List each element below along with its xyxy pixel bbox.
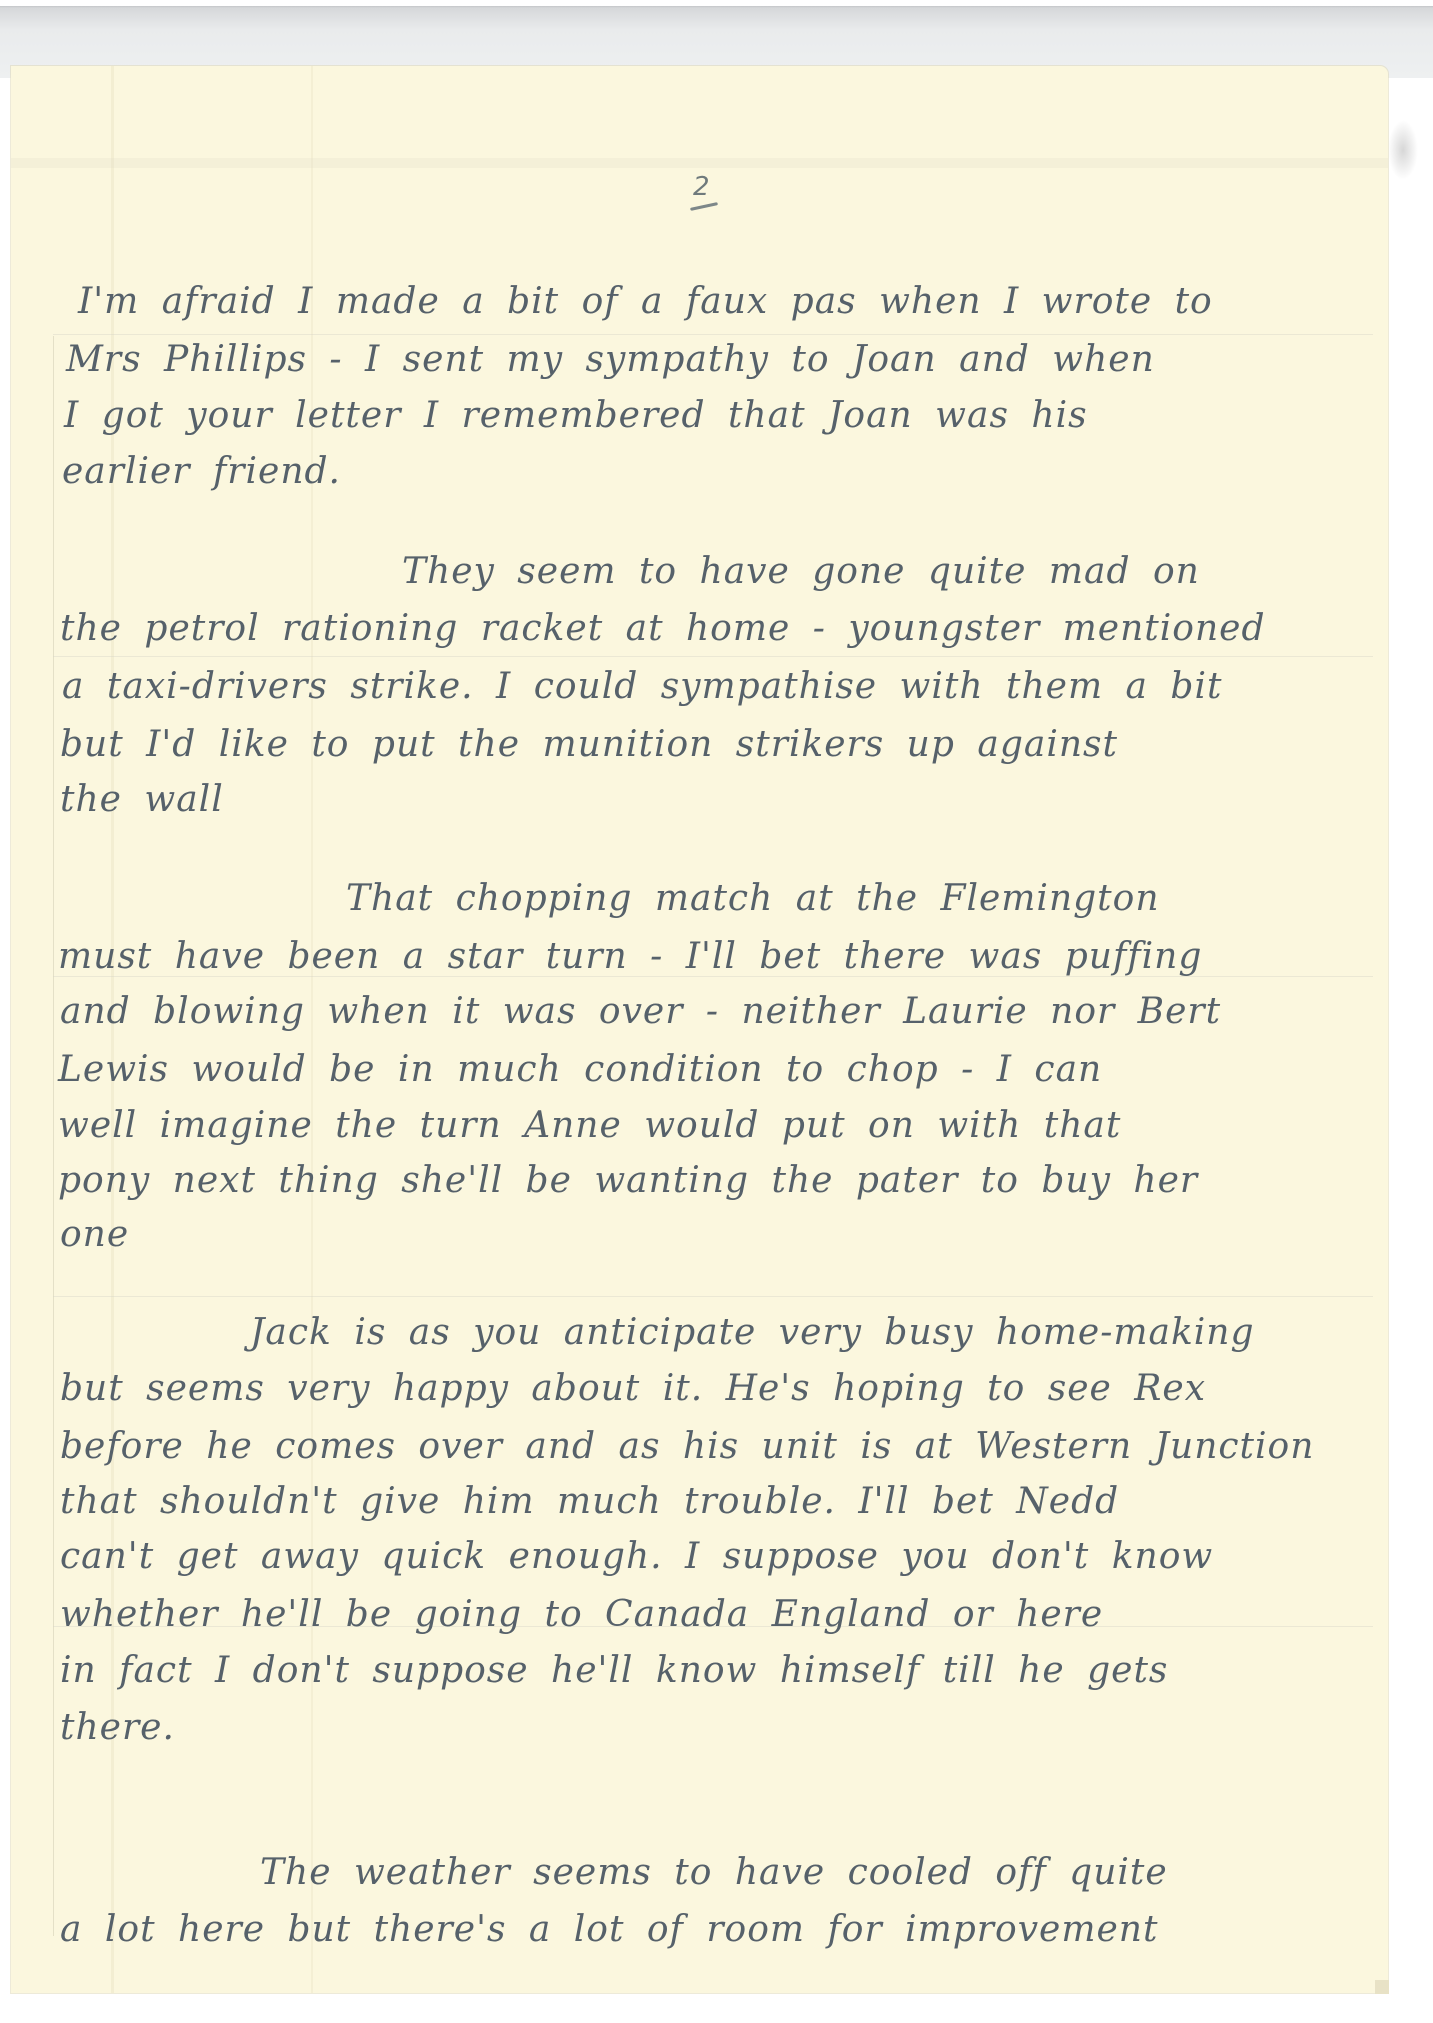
letter-line: a lot here but there's a lot of room for… — [60, 1910, 1158, 1950]
letter-line: and blowing when it was over - neither L… — [60, 992, 1221, 1032]
letter-line: that shouldn't give him much trouble. I'… — [60, 1482, 1119, 1522]
letter-line: before he comes over and as his unit is … — [60, 1427, 1314, 1467]
letter-line: must have been a star turn - I'll bet th… — [58, 937, 1202, 977]
paper-fold — [11, 158, 1388, 168]
letter-line: earlier friend. — [62, 452, 341, 492]
letter-line: I got your letter I remembered that Joan… — [64, 396, 1088, 436]
page-number: 2 — [693, 172, 710, 202]
ruled-line — [53, 1296, 1373, 1297]
letter-line: That chopping match at the Flemington — [346, 879, 1160, 919]
scan-edge — [0, 0, 1433, 6]
letter-line: but I'd like to put the munition striker… — [60, 725, 1118, 765]
letter-line: the wall — [60, 780, 224, 820]
scanner-smudge — [1388, 120, 1418, 180]
letter-line: there. — [60, 1708, 175, 1748]
letter-line: Lewis would be in much condition to chop… — [58, 1050, 1102, 1090]
letter-line: well imagine the turn Anne would put on … — [58, 1106, 1121, 1146]
ruled-line — [53, 656, 1373, 657]
letter-line: one — [60, 1215, 129, 1255]
ruled-line — [53, 334, 1373, 335]
letter-line: in fact I don't suppose he'll know himse… — [60, 1651, 1168, 1691]
letter-line: They seem to have gone quite mad on — [402, 552, 1200, 592]
margin-line — [53, 336, 54, 1936]
letter-line: Jack is as you anticipate very busy home… — [250, 1313, 1255, 1353]
letter-line: but seems very happy about it. He's hopi… — [60, 1369, 1206, 1409]
letter-line: The weather seems to have cooled off qui… — [260, 1853, 1168, 1893]
letter-line: a taxi-drivers strike. I could sympathis… — [62, 667, 1222, 707]
letter-line: I'm afraid I made a bit of a faux pas wh… — [78, 282, 1213, 322]
letter-line: whether he'll be going to Canada England… — [60, 1595, 1103, 1635]
letter-line: the petrol rationing racket at home - yo… — [60, 609, 1266, 649]
letter-line: pony next thing she'll be wanting the pa… — [58, 1161, 1198, 1201]
letter-line: Mrs Phillips - I sent my sympathy to Joa… — [66, 340, 1155, 380]
letter-line: can't get away quick enough. I suppose y… — [60, 1537, 1213, 1577]
paper-corner — [1375, 1980, 1389, 1994]
